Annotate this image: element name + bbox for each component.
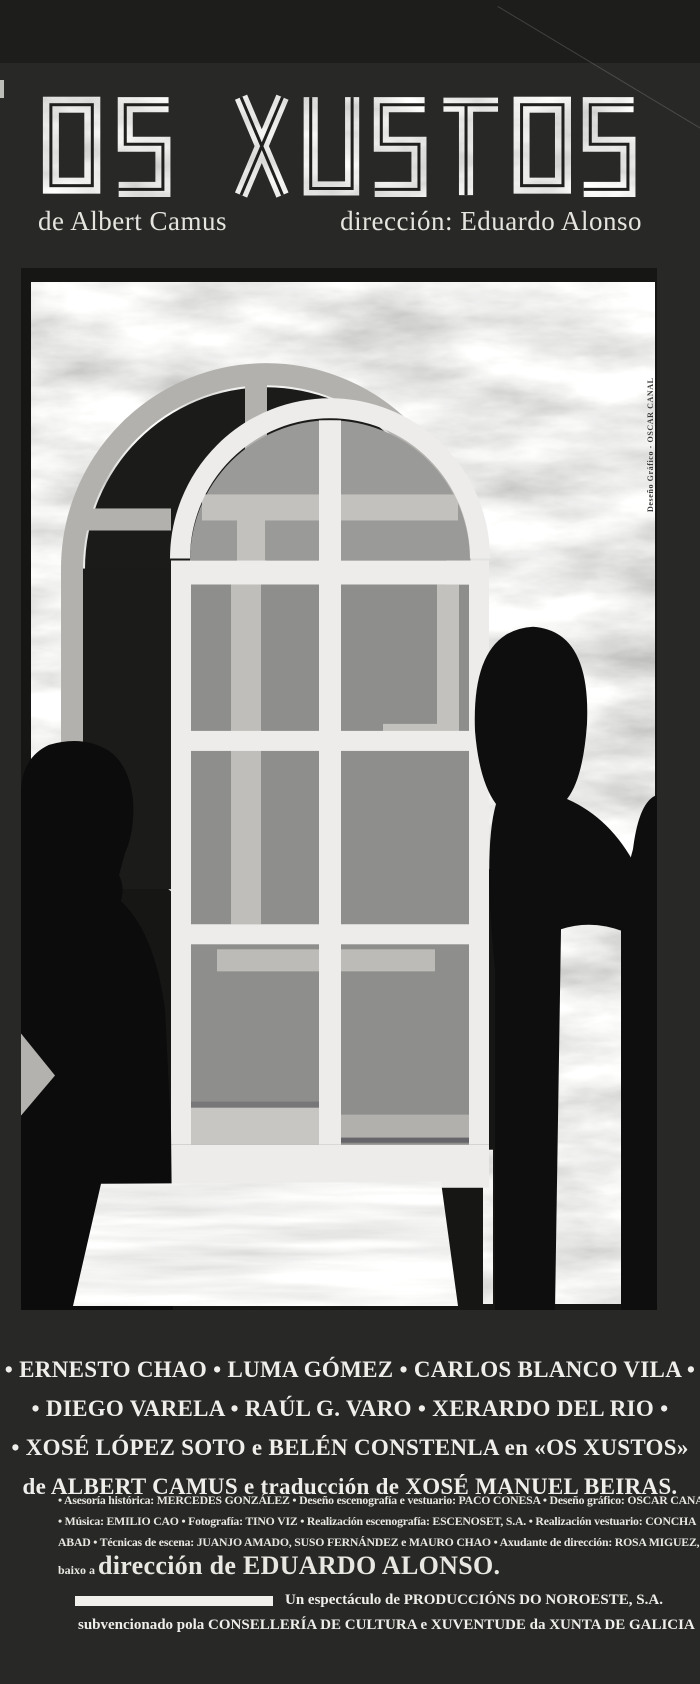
vertical-design-credit: Deseño Gráfico - OSCAR CANAL bbox=[646, 377, 655, 512]
edge-speck-decoration bbox=[0, 80, 4, 98]
credits-line: • Música: EMILIO CAO • Fotografía: TINO … bbox=[58, 1511, 634, 1532]
byline: de Albert Camus dirección: Eduardo Alons… bbox=[38, 206, 642, 237]
floor-texture bbox=[73, 1182, 458, 1306]
white-bar-left bbox=[75, 1596, 273, 1606]
byline-director: dirección: Eduardo Alonso bbox=[340, 206, 642, 237]
production-row: Un espectáculo de PRODUCCIÓNS DO NOROEST… bbox=[75, 1592, 700, 1609]
credits-line: • Asesoría histórica: MERCEDES GONZÁLEZ … bbox=[58, 1490, 634, 1511]
byline-author: de Albert Camus bbox=[38, 206, 227, 237]
direction-credit: baixo a dirección de EDUARDO ALONSO. bbox=[58, 1555, 646, 1581]
direction-credit-prefix: baixo a bbox=[58, 1563, 98, 1577]
front-arched-window bbox=[171, 408, 489, 1187]
cast-line: • ERNESTO CHAO • LUMA GÓMEZ • CARLOS BLA… bbox=[0, 1350, 700, 1389]
top-dark-band bbox=[0, 0, 700, 63]
theatre-poster: { "poster": { "title": "OS XUSTOS", "byl… bbox=[0, 0, 700, 1684]
sponsor-line: subvencionado pola CONSELLERÍA DE CULTUR… bbox=[78, 1617, 695, 1634]
credits-block: • Asesoría histórica: MERCEDES GONZÁLEZ … bbox=[58, 1490, 646, 1581]
artwork-collage bbox=[21, 268, 657, 1310]
cast-block: • ERNESTO CHAO • LUMA GÓMEZ • CARLOS BLA… bbox=[0, 1350, 700, 1506]
sponsor-row: subvencionado pola CONSELLERÍA DE CULTUR… bbox=[78, 1617, 700, 1634]
cast-line: • DIEGO VARELA • RAÚL G. VARO • XERARDO … bbox=[0, 1389, 700, 1428]
title-os-xustos bbox=[33, 84, 643, 206]
direction-credit-emphasis: dirección de EDUARDO ALONSO. bbox=[98, 1551, 500, 1580]
cast-line: • XOSÉ LÓPEZ SOTO e BELÉN CONSTENLA en «… bbox=[0, 1428, 700, 1467]
production-line: Un espectáculo de PRODUCCIÓNS DO NOROEST… bbox=[285, 1592, 663, 1609]
credits-line: ABAD • Técnicas de escena: JUANJO AMADO,… bbox=[58, 1532, 634, 1553]
